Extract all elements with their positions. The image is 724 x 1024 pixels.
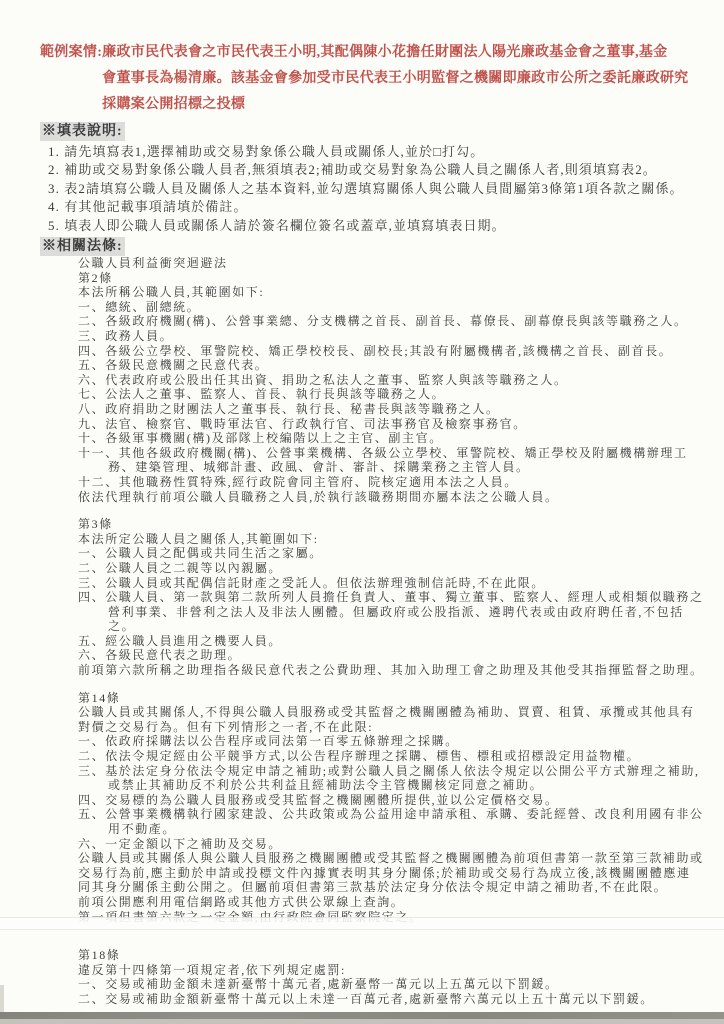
- law-clause-item: 九、法官、檢察官、戰時軍法官、行政執行官、司法事務官及檢察事務官。: [78, 417, 704, 432]
- law-articles: 第2條本法所稱公職人員,其範圍如下:一、總統、副總統。二、各級政府機關(構)、公…: [78, 271, 704, 1007]
- law-clause-item: 一、交易或補助金額未達新臺幣十萬元者,處新臺幣一萬元以上五萬元以下罰鍰。: [78, 977, 704, 992]
- law-clause-item: 一、總統、副總統。: [78, 300, 704, 315]
- scan-bottom-edge: [0, 1012, 724, 1019]
- related-laws-content: 公職人員利益衝突迴避法 第2條本法所稱公職人員,其範圍如下:一、總統、副總統。二…: [78, 256, 704, 1007]
- law-clause-item: 十二、其他職務性質特殊,經行政院會同主管府、院核定適用本法之人員。: [78, 475, 704, 490]
- fill-instruction-item: 2. 補助或交易對象係公職人員者,無須填表2;補助或交易對象為公職人員之關係人者…: [48, 161, 704, 179]
- law-clause-item: 五、經公職人員進用之機要人員。: [78, 634, 704, 649]
- law-clause-item: 四、公職人員、第一款與第二款所列人員擔任負責人、董事、獨立董事、監察人、經理人或…: [78, 590, 704, 634]
- law-article-heading: 第2條: [78, 271, 704, 286]
- law-clause-item: 五、公營事業機構執行國家建設、公共政策或為公益用途申請承租、承購、委託經營、改良…: [78, 807, 704, 836]
- fill-instructions-section: ※填表說明:: [40, 122, 704, 141]
- law-paragraph: 前項第六款所稱之助理指各級民意代表之公費助理、其加入助理工會之助理及其他受其指揮…: [78, 663, 704, 678]
- fill-instruction-item: 3. 表2請填寫公職人員及關係人之基本資料,並勾選填寫關係人與公職人員間屬第3條…: [48, 180, 704, 198]
- law-article: 第18條違反第十四條第一項規定者,依下列規定處罰:一、交易或補助金額未達新臺幣十…: [78, 948, 704, 1006]
- law-clause-item: 三、公職人員或其配偶信託財產之受託人。但依法辦理強制信託時,不在此限。: [78, 576, 704, 591]
- law-clause-item: 六、代表政府或公股出任其出資、捐助之私法人之董事、監察人與該等職務之人。: [78, 373, 704, 388]
- law-clause-item: 五、各級民意機關之民意代表。: [78, 358, 704, 373]
- case-example-label: 範例案情:: [40, 40, 102, 118]
- case-example-line: 會董事長為楊清廉。該基金會參加受市民代表王小明監督之機關即廉政市公所之委託廉政研…: [102, 66, 688, 92]
- case-example-text: 廉政市民代表會之市民代表王小明,其配偶陳小花擔任財團法人陽光廉政基金會之董事,基…: [102, 40, 688, 118]
- scan-page-seam: [0, 917, 724, 930]
- fill-instruction-item: 1. 請先填寫表1,選擇補助或交易對象係公職人員或關係人,並於□打勾。: [48, 143, 704, 161]
- law-article: 第3條本法所定公職人員之關係人,其範圍如下:一、公職人員之配偶或共同生活之家屬。…: [78, 517, 704, 678]
- law-clause-item: 十、各級軍事機關(構)及部隊上校編階以上之主官、副主官。: [78, 431, 704, 446]
- scan-bottom-shadow: [0, 1019, 724, 1024]
- fill-instruction-item: 4. 有其他記載事項請填於備註。: [48, 198, 704, 216]
- law-paragraph: 本法所定公職人員之關係人,其範圍如下:: [78, 532, 704, 547]
- law-clause-item: 四、交易標的為公職人員服務或受其監督之機關團體所提供,並以公定價格交易。: [78, 793, 704, 808]
- document-body: 範例案情: 廉政市民代表會之市民代表王小明,其配偶陳小花擔任財團法人陽光廉政基金…: [0, 0, 724, 1007]
- law-clause-item: 七、公法人之董事、監察人、首長、執行長與該等職務之人。: [78, 387, 704, 402]
- law-clause-item: 二、交易或補助金額新臺幣十萬元以上未達一百萬元者,處新臺幣六萬元以上五十萬元以下…: [78, 992, 704, 1007]
- law-clause-item: 四、各級公立學校、軍警院校、矯正學校校長、副校長;其設有附屬機構者,該機構之首長…: [78, 344, 704, 359]
- case-example: 範例案情: 廉政市民代表會之市民代表王小明,其配偶陳小花擔任財團法人陽光廉政基金…: [40, 40, 704, 118]
- law-clause-item: 十一、其他各級政府機關(構)、公營事業機構、各級公立學校、軍警院校、矯正學校及附…: [78, 446, 704, 475]
- law-clause-item: 一、依政府採購法以公告程序或同法第一百零五條辦理之採購。: [78, 734, 704, 749]
- law-clause-item: 八、政府捐助之財團法人之董事長、執行長、秘書長與該等職務之人。: [78, 402, 704, 417]
- scanned-document-page: { "colors": { "accent_red": "#c0504a", "…: [0, 0, 724, 1024]
- law-clause-item: 一、公職人員之配偶或共同生活之家屬。: [78, 546, 704, 561]
- law-paragraph: 依法代理執行前項公職人員職務之人員,於執行該職務期間亦屬本法之公職人員。: [78, 490, 704, 505]
- law-article-heading: 第14條: [78, 691, 704, 706]
- fill-instructions-list: 1. 請先填寫表1,選擇補助或交易對象係公職人員或關係人,並於□打勾。2. 補助…: [48, 143, 704, 235]
- fill-instructions-title: ※填表說明:: [40, 122, 125, 141]
- related-laws-section: ※相關法條:: [40, 237, 704, 256]
- law-clause-item: 三、基於法定身分依法令規定申請之補助;或對公職人員之關係人依法令規定以公開公平方…: [78, 764, 704, 793]
- law-paragraph: 公職人員或其關係人,不得與公職人員服務或受其監督之機關團體為補助、買賣、租賃、承…: [78, 705, 704, 734]
- law-article-heading: 第18條: [78, 948, 704, 963]
- law-clause-item: 三、政務人員。: [78, 329, 704, 344]
- fill-instruction-item: 5. 填表人即公職人員或關係人請於簽名欄位簽名或蓋章,並填寫填表日期。: [48, 217, 704, 235]
- law-article: 第14條公職人員或其關係人,不得與公職人員服務或受其監督之機關團體為補助、買賣、…: [78, 691, 704, 925]
- law-paragraph: 違反第十四條第一項規定者,依下列規定處罰:: [78, 963, 704, 978]
- case-example-line: 廉政市民代表會之市民代表王小明,其配偶陳小花擔任財團法人陽光廉政基金會之董事,基…: [102, 40, 688, 66]
- law-clause-item: 二、依法令規定經由公平競爭方式,以公告程序辦理之採購、標售、標租或招標設定用益物…: [78, 749, 704, 764]
- law-clause-item: 六、各級民意代表之助理。: [78, 648, 704, 663]
- law-paragraph: 本法所稱公職人員,其範圍如下:: [78, 285, 704, 300]
- case-example-line: 採購案公開招標之投標: [102, 92, 688, 118]
- law-article-heading: 第3條: [78, 517, 704, 532]
- law-clause-item: 二、各級政府機關(構)、公營事業總、分支機構之首長、副首長、幕僚長、副幕僚長與該…: [78, 314, 704, 329]
- law-title: 公職人員利益衝突迴避法: [78, 256, 704, 271]
- law-article: 第2條本法所稱公職人員,其範圍如下:一、總統、副總統。二、各級政府機關(構)、公…: [78, 271, 704, 505]
- law-paragraph: 前項公開應利用電信網路或其他方式供公眾線上查詢。: [78, 895, 704, 910]
- law-clause-item: 六、一定金額以下之補助及交易。: [78, 837, 704, 852]
- law-clause-item: 二、公職人員之二親等以內親屬。: [78, 561, 704, 576]
- related-laws-title: ※相關法條:: [40, 237, 125, 256]
- law-paragraph: 公職人員或其關係人與公職人員服務之機關團體或受其監督之機關團體為前項但書第一款至…: [78, 851, 704, 895]
